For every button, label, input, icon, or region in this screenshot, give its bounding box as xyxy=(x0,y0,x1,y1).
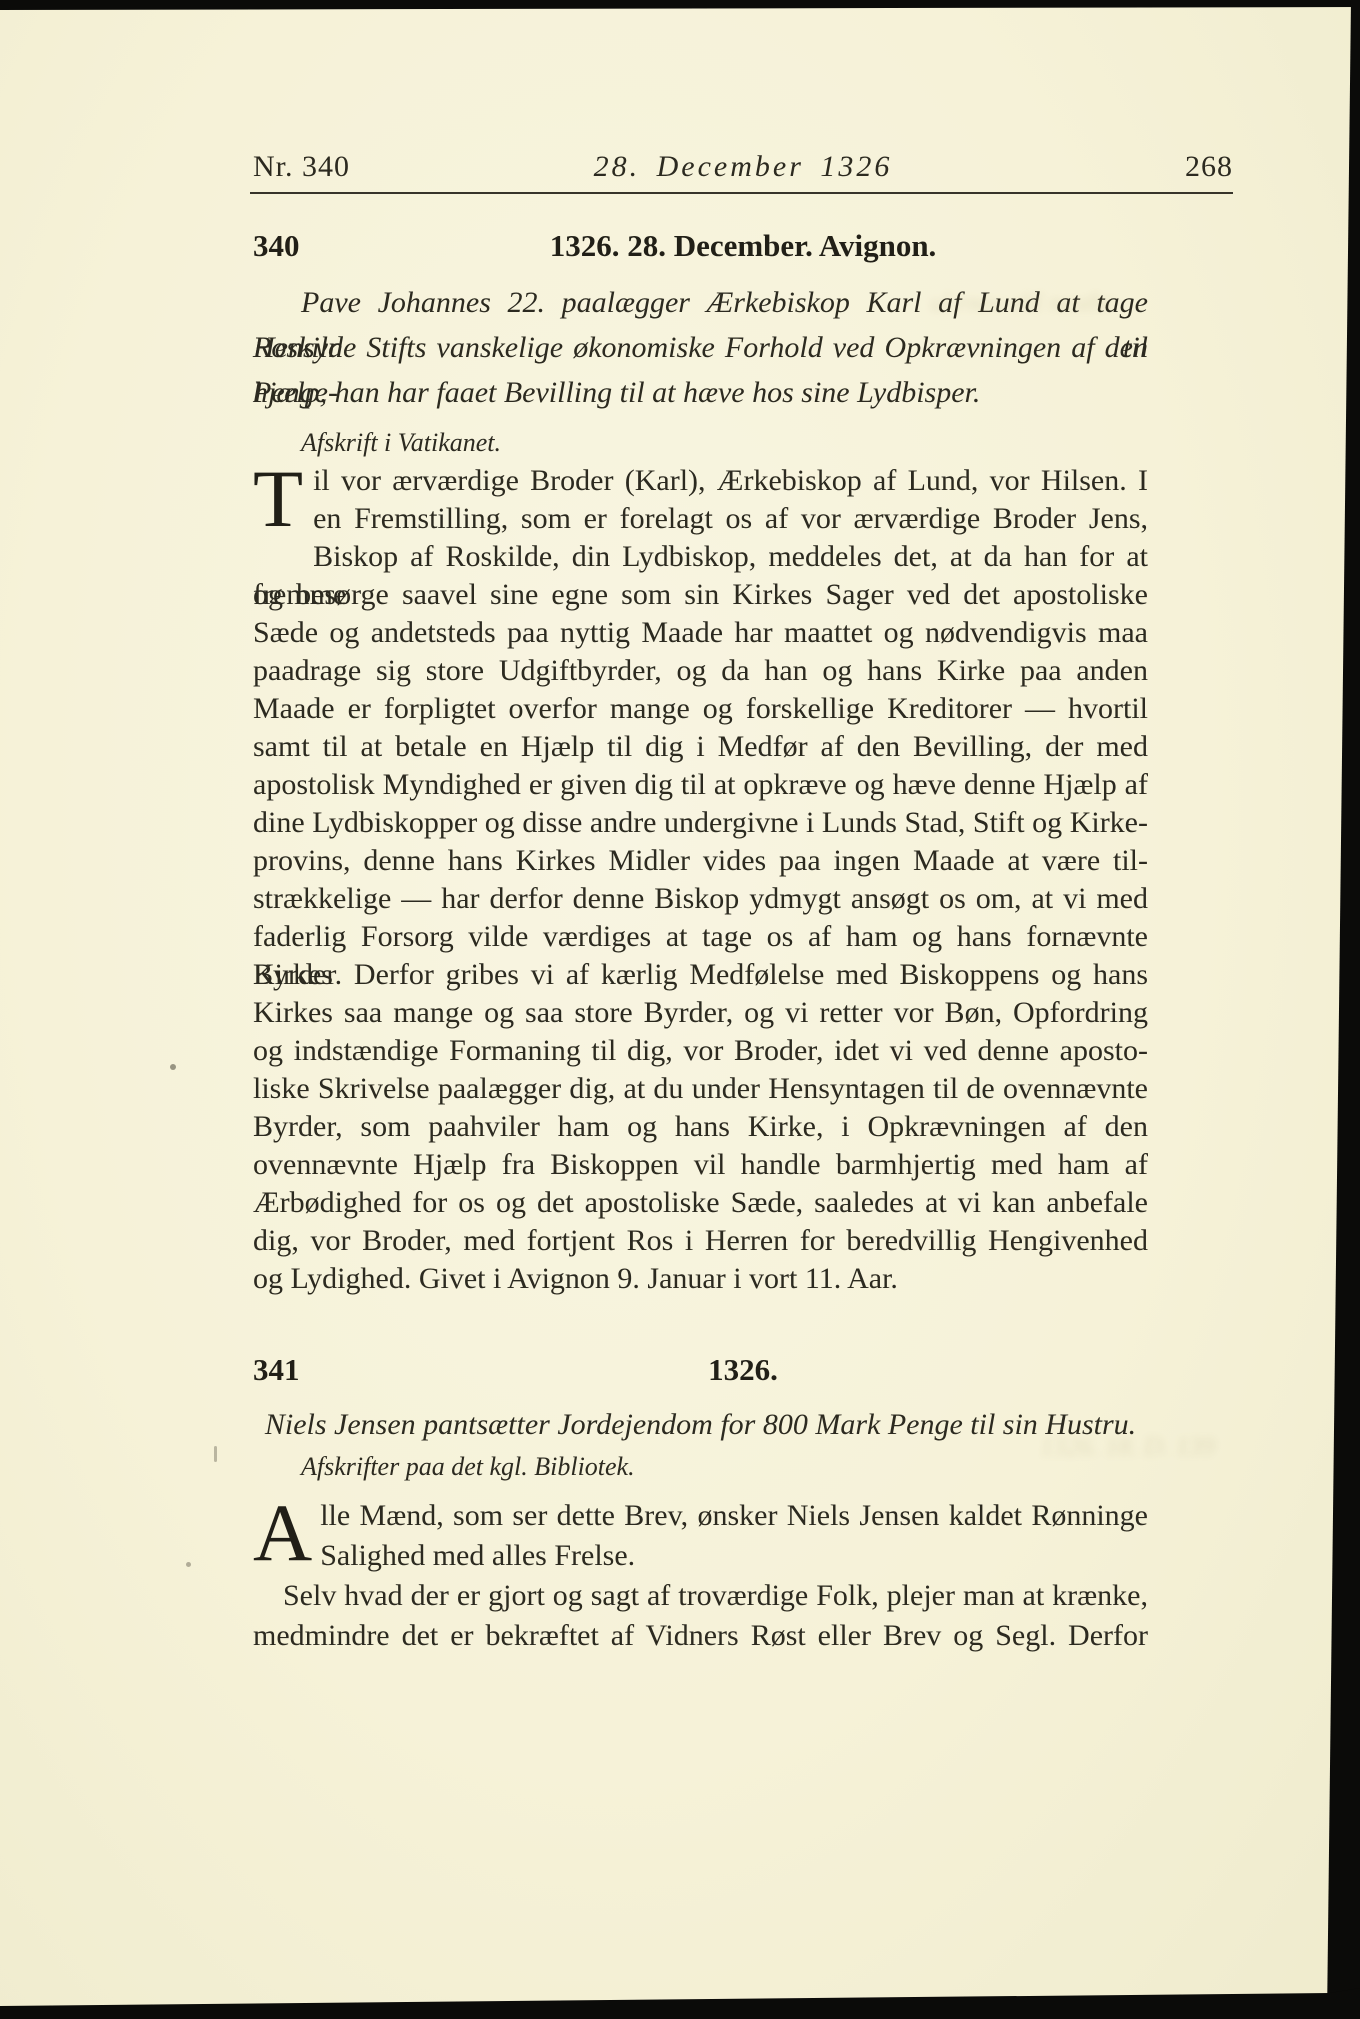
dropcap-T: T xyxy=(253,462,313,542)
text-line: strækkelige — har derfor denne Biskop yd… xyxy=(253,880,1148,918)
text-line: Salighed med alles Frelse. xyxy=(253,1536,1148,1576)
header-rule xyxy=(250,192,1233,194)
text-line: Byrder, som paahviler ham og hans Kirke,… xyxy=(253,1108,1148,1146)
entry-341-number: 341 xyxy=(253,1352,300,1388)
entry-341-body: A lle Mænd, som ser dette Brev, ønsker N… xyxy=(253,1496,1148,1656)
ink-speck xyxy=(214,1446,217,1462)
text-line: Byrder. Derfor gribes vi af kærlig Medfø… xyxy=(253,956,1148,994)
running-header: Nr. 340 28. December 1326 268 xyxy=(253,150,1233,190)
book-page: Nr. 340 28. December 1326 268 340 1326. … xyxy=(0,0,1360,2019)
entry-340-heading: 340 1326. 28. December. Avignon. xyxy=(253,228,1233,264)
text-line: Maade er forpligtet overfor mange og for… xyxy=(253,690,1148,728)
ink-speck xyxy=(170,1064,176,1070)
text-line: Kirkes saa mange og saa store Byrder, og… xyxy=(253,994,1148,1032)
dropcap-A: A xyxy=(253,1496,320,1576)
entry-340-source: Afskrift i Vatikanet. xyxy=(253,428,1196,458)
text-line: Ærbødighed for os og det apostoliske Sæd… xyxy=(253,1184,1148,1222)
text-line: og Lydighed. Givet i Avignon 9. Januar i… xyxy=(253,1260,1148,1298)
text-line: faderlig Forsorg vilde værdiges at tage … xyxy=(253,918,1148,956)
entry-340-summary: Pave Johannes 22. paalægger Ærkebiskop K… xyxy=(253,280,1148,415)
text-line: apostolisk Myndighed er given dig til at… xyxy=(253,766,1148,804)
entry-340-number: 340 xyxy=(253,228,300,264)
text-line: provins, denne hans Kirkes Midler vides … xyxy=(253,842,1148,880)
text-line: Sæde og andetsteds paa nyttig Maade har … xyxy=(253,614,1148,652)
text-line: dig, vor Broder, med fortjent Ros i Herr… xyxy=(253,1222,1148,1260)
text-line: og besørge saavel sine egne som sin Kirk… xyxy=(253,576,1148,614)
entry-341-dateline: 1326. xyxy=(708,1352,778,1387)
page-number: 268 xyxy=(1185,150,1233,184)
text-line: paadrage sig store Udgiftbyrder, og da h… xyxy=(253,652,1148,690)
header-date: 28. December 1326 xyxy=(594,150,893,183)
text-line: lle Mænd, som ser dette Brev, ønsker Nie… xyxy=(253,1496,1148,1536)
text-line: samt til at betale en Hjælp til dig i Me… xyxy=(253,728,1148,766)
text-line: Biskop af Roskilde, din Lydbiskop, medde… xyxy=(253,538,1148,576)
header-entry-number: Nr. 340 xyxy=(253,150,350,184)
entry-341-source: Afskrifter paa det kgl. Bibliotek. xyxy=(253,1452,1196,1482)
entry-341-heading: 341 1326. xyxy=(253,1352,1233,1388)
summary-line: Niels Jensen pantsætter Jordejendom for … xyxy=(253,1402,1148,1447)
ink-speck xyxy=(186,1562,191,1567)
summary-line: hjælp, han har faaet Bevilling til at hæ… xyxy=(253,370,1148,415)
text-line: og indstændige Formaning til dig, vor Br… xyxy=(253,1032,1148,1070)
text-line: Selv hvad der er gjort og sagt af trovær… xyxy=(253,1576,1148,1616)
summary-line: Roskilde Stifts vanskelige økonomiske Fo… xyxy=(253,325,1148,370)
summary-line: Pave Johannes 22. paalægger Ærkebiskop K… xyxy=(253,280,1148,325)
text-line: en Fremstilling, som er forelagt os af v… xyxy=(253,500,1148,538)
text-line: liske Skrivelse paalægger dig, at du und… xyxy=(253,1070,1148,1108)
entry-340-dateline: 1326. 28. December. Avignon. xyxy=(550,228,937,263)
text-line: medmindre det er bekræftet af Vidners Rø… xyxy=(253,1616,1148,1656)
text-line: dine Lydbiskopper og disse andre undergi… xyxy=(253,804,1148,842)
text-line: il vor ærværdige Broder (Karl), Ærkebisk… xyxy=(253,462,1148,500)
entry-341-summary: Niels Jensen pantsætter Jordejendom for … xyxy=(253,1402,1148,1447)
text-line: ovennævnte Hjælp fra Biskoppen vil handl… xyxy=(253,1146,1148,1184)
entry-340-body: T il vor ærværdige Broder (Karl), Ærkebi… xyxy=(253,462,1148,1298)
